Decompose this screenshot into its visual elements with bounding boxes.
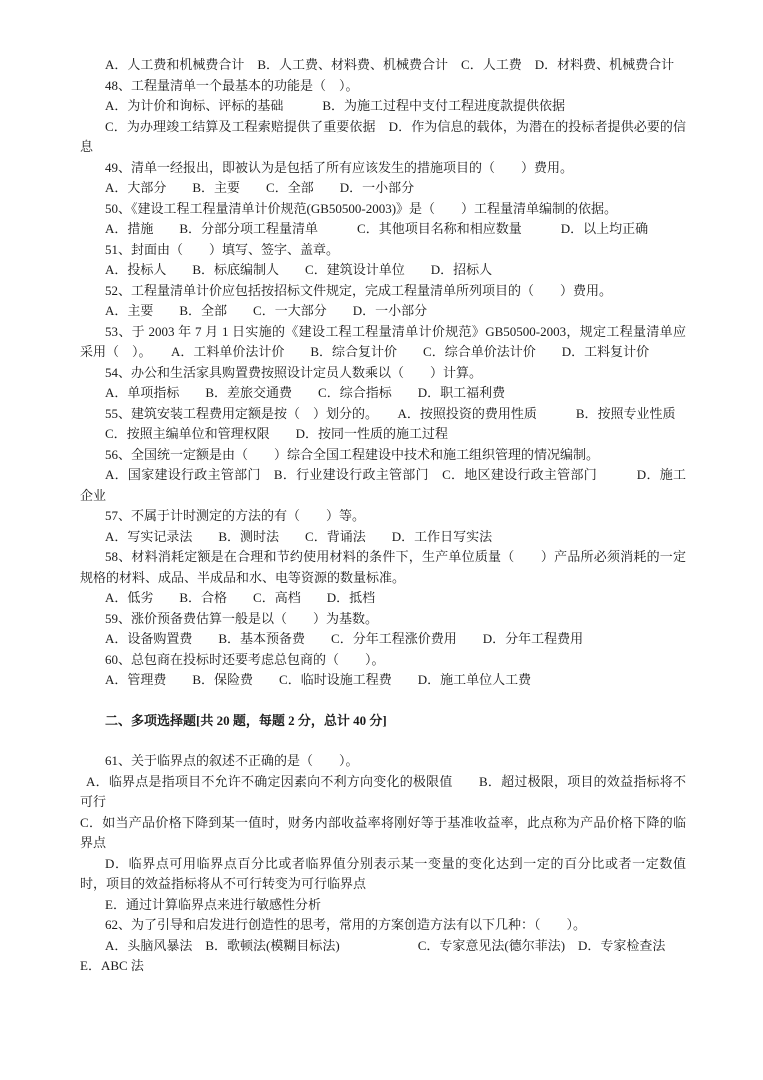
q52-stem: 52、工程量清单计价应包括按招标文件规定，完成工程量清单所列项目的（ ）费用。 xyxy=(80,281,686,302)
q58-stem: 58、材料消耗定额是在合理和节约使用材料的条件下，生产单位质量（ ）产品所必须消… xyxy=(80,547,686,588)
q49-stem: 49、清单一经报出，即被认为是包括了所有应该发生的措施项目的（ ）费用。 xyxy=(80,158,686,179)
q48-options-ab: A．为计价和询标、评标的基础 B．为施工过程中支付工程进度款提供依据 xyxy=(80,96,686,117)
q54-stem: 54、办公和生活家具购置费按照设计定员人数乘以（ ）计算。 xyxy=(80,363,686,384)
q62-options-abcd: A．头脑风暴法 B．歌顿法(模糊目标法) C．专家意见法(德尔菲法) D．专家检… xyxy=(80,936,686,957)
q55-stem-and-options-ab: 55、建筑安装工程费用定额是按（ ）划分的。 A．按照投资的费用性质 B．按照专… xyxy=(80,404,686,425)
q61-option-c: C．如当产品价格下降到某一值时，财务内部收益率将刚好等于基准收益率，此点称为产品… xyxy=(80,813,686,854)
q56-options: A．国家建设行政主管部门 B．行业建设行政主管部门 C．地区建设行政主管部门 D… xyxy=(80,465,686,506)
q53-stem-and-options: 53、于 2003 年 7 月 1 日实施的《建设工程工程量清单计价规范》GB5… xyxy=(80,322,686,363)
q55-options-cd: C．按照主编单位和管理权限 D．按同一性质的施工过程 xyxy=(80,424,686,445)
q56-stem: 56、全国统一定额是由（ ）综合全国工程建设中技术和施工组织管理的情况编制。 xyxy=(80,445,686,466)
q49-options: A．大部分 B．主要 C．全部 D．一小部分 xyxy=(80,178,686,199)
section-title-multiple-choice: 二、多项选择题[共 20 题，每题 2 分，总计 40 分] xyxy=(80,711,686,732)
q52-options: A．主要 B．全部 C．一大部分 D．一小部分 xyxy=(80,301,686,322)
q51-stem: 51、封面由（ ）填写、签字、盖章。 xyxy=(80,240,686,261)
q62-stem: 62、为了引导和启发进行创造性的思考，常用的方案创造方法有以下几种：（ ）。 xyxy=(80,915,686,936)
q48-stem: 48、工程量清单一个最基本的功能是（ ）。 xyxy=(80,76,686,97)
q54-options: A．单项指标 B．差旅交通费 C．综合指标 D．职工福利费 xyxy=(80,383,686,404)
q58-options: A．低劣 B．合格 C．高档 D．抵档 xyxy=(80,588,686,609)
q62-option-e: E．ABC 法 xyxy=(80,956,686,977)
q57-options: A．写实记录法 B．测时法 C．背诵法 D．工作日写实法 xyxy=(80,527,686,548)
q57-stem: 57、不属于计时测定的方法的有（ ）等。 xyxy=(80,506,686,527)
q59-options: A．设备购置费 B．基本预备费 C．分年工程涨价费用 D．分年工程费用 xyxy=(80,629,686,650)
q61-option-d: D．临界点可用临界点百分比或者临界值分别表示某一变量的变化达到一定的百分比或者一… xyxy=(80,854,686,895)
q50-stem: 50、《建设工程工程量清单计价规范(GB50500-2003)》是（ ）工程量清… xyxy=(80,199,686,220)
q61-option-e: E．通过计算临界点来进行敏感性分析 xyxy=(80,895,686,916)
q61-option-ab: A．临界点是指项目不允许不确定因素向不利方向变化的极限值 B．超过极限，项目的效… xyxy=(80,772,686,813)
q50-options: A．措施 B．分部分项工程量清单 C．其他项目名称和相应数量 D．以上均正确 xyxy=(80,219,686,240)
q47-options: A．人工费和机械费合计 B．人工费、材料费、机械费合计 C．人工费 D．材料费、… xyxy=(80,55,686,76)
q48-options-cd: C．为办理竣工结算及工程索赔提供了重要依据 D．作为信息的载体，为潜在的投标者提… xyxy=(80,117,686,158)
q61-stem: 61、关于临界点的叙述不正确的是（ ）。 xyxy=(80,751,686,772)
document-page: A．人工费和机械费合计 B．人工费、材料费、机械费合计 C．人工费 D．材料费、… xyxy=(80,55,686,977)
q51-options: A．投标人 B．标底编制人 C．建筑设计单位 D．招标人 xyxy=(80,260,686,281)
q60-stem: 60、总包商在投标时还要考虑总包商的（ ）。 xyxy=(80,650,686,671)
q60-options: A．管理费 B．保险费 C．临时设施工程费 D．施工单位人工费 xyxy=(80,670,686,691)
q59-stem: 59、涨价预备费估算一般是以（ ）为基数。 xyxy=(80,609,686,630)
